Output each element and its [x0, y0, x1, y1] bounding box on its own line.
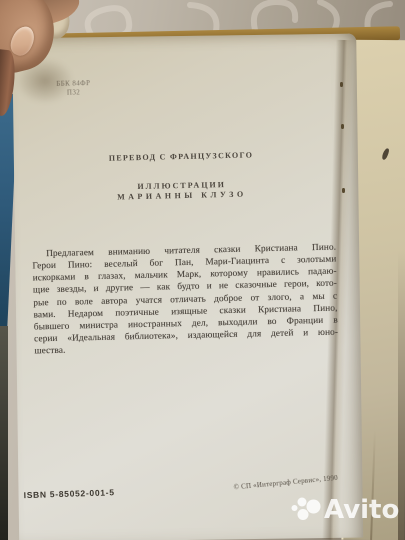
- isbn-number: ISBN 5-85052-001-5: [24, 487, 115, 500]
- avito-wordmark: Avito: [324, 497, 399, 523]
- avito-watermark: Avito: [291, 495, 399, 525]
- book-photo: ББК 84ФР П32 ПЕРЕВОД С ФРАНЦУЗСКОГО ИЛЛЮ…: [0, 0, 405, 540]
- annotation-paragraph: Предлагаем вниманию читателя сказки Крис…: [32, 242, 338, 358]
- translation-heading: ПЕРЕВОД С ФРАНЦУЗСКОГО: [56, 149, 306, 164]
- left-page-dark-edge: [0, 326, 8, 540]
- hand: [0, 0, 110, 140]
- avito-logo-icon: [291, 495, 321, 525]
- copyright-notice: © СП «Интерграф Сервис», 1990: [233, 471, 363, 491]
